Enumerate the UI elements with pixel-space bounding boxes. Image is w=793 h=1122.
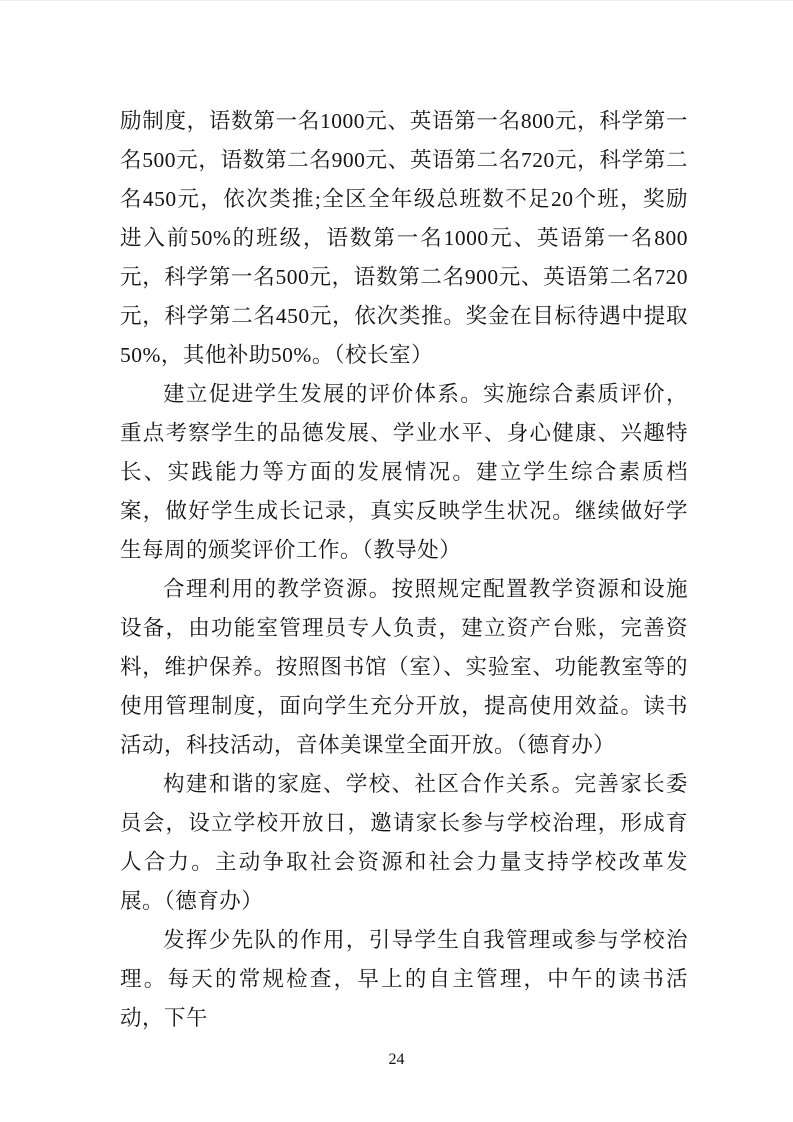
paragraph-student-evaluation: 建立促进学生发展的评价体系。实施综合素质评价，重点考察学生的品德发展、学业水平、… — [120, 375, 688, 570]
paragraph-family-school-community: 构建和谐的家庭、学校、社区合作关系。完善家长委员会，设立学校开放日，邀请家长参与… — [120, 765, 688, 921]
page-number: 24 — [389, 1051, 405, 1068]
paragraph-teaching-resources: 合理利用的教学资源。按照规定配置教学资源和设施设备，由功能室管理员专人负责，建立… — [120, 570, 688, 765]
page-body: 励制度，语数第一名1000元、英语第一名800元，科学第一名500元，语数第二名… — [120, 102, 688, 1038]
page-footer: 24 — [0, 1051, 793, 1069]
paragraph-young-pioneers: 发挥少先队的作用，引导学生自我管理或参与学校治理。每天的常规检查，早上的自主管理… — [120, 921, 688, 1038]
paragraph-reward-system: 励制度，语数第一名1000元、英语第一名800元，科学第一名500元，语数第二名… — [120, 102, 688, 375]
document-page: 励制度，语数第一名1000元、英语第一名800元，科学第一名500元，语数第二名… — [0, 0, 793, 1122]
